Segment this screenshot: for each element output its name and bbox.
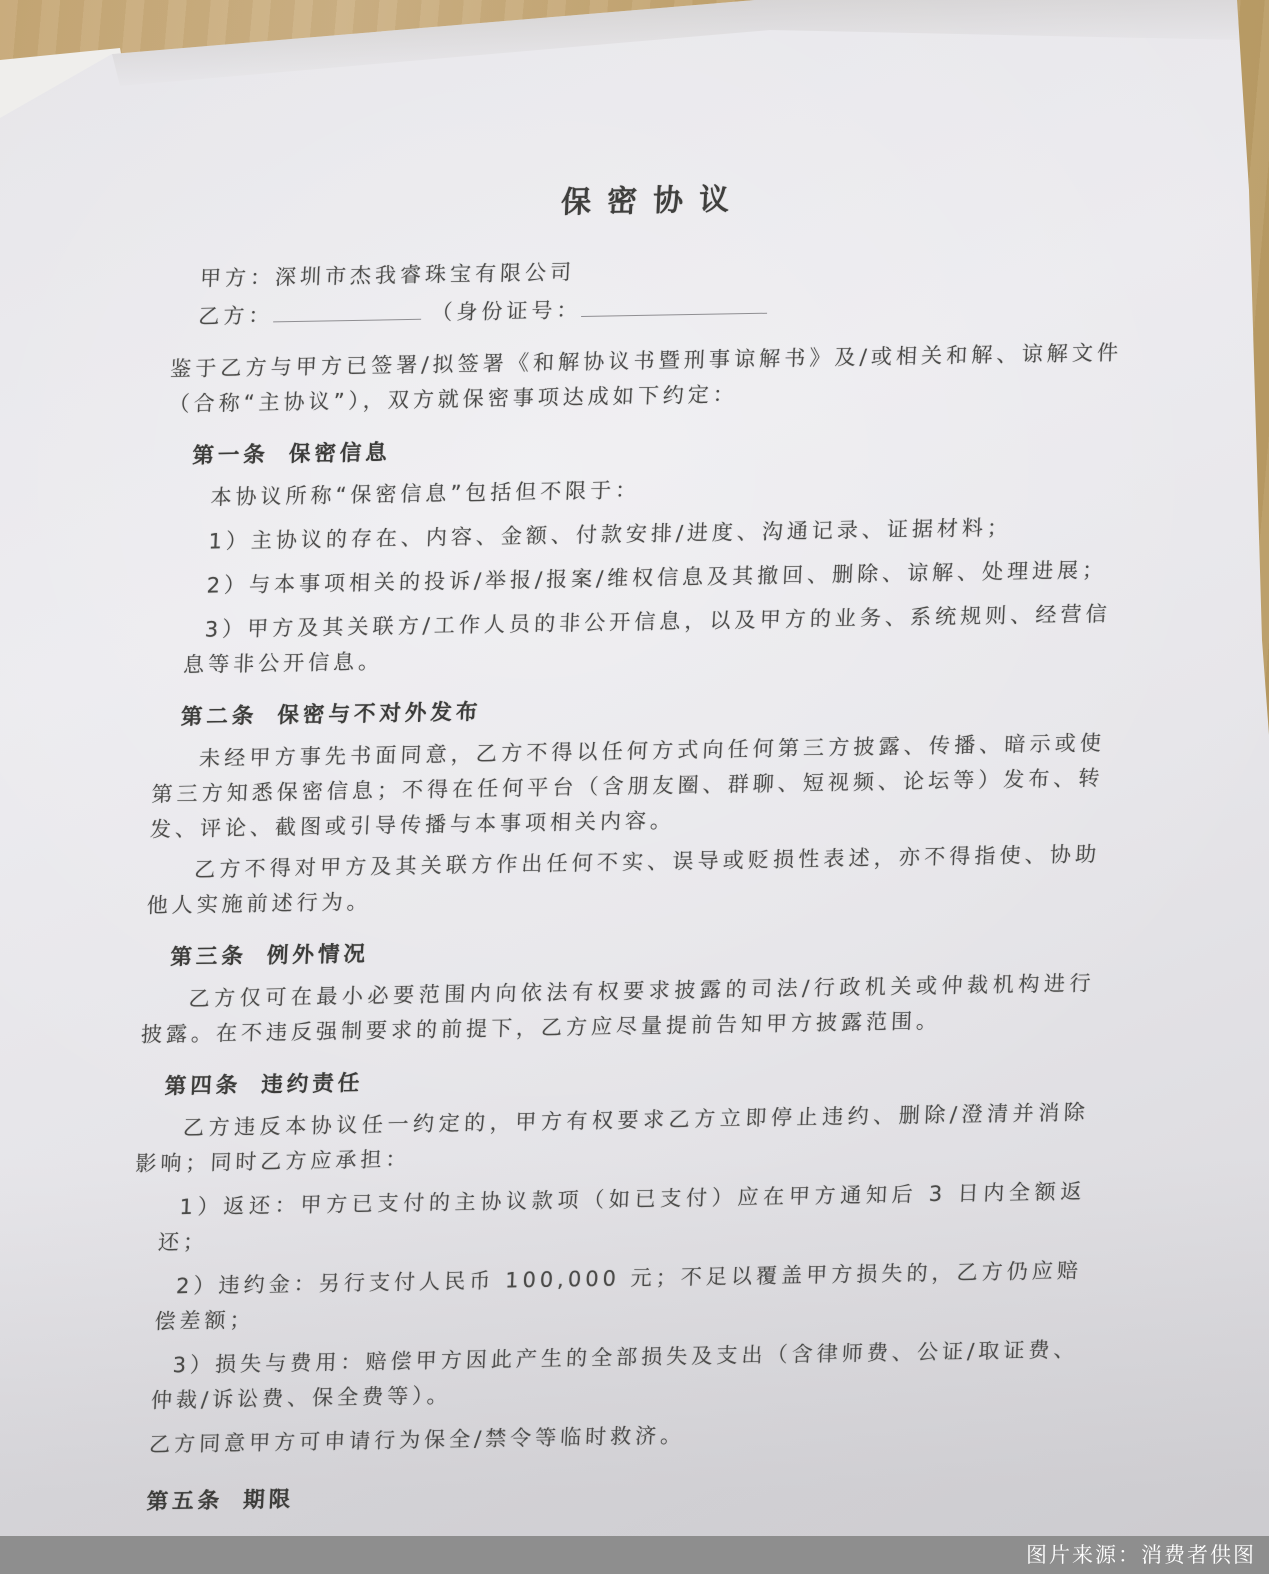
party-b-id-blank bbox=[581, 291, 768, 317]
party-b-label: 乙方： bbox=[198, 303, 274, 328]
section-4-paragraph-1: 乙方违反本协议任一约定的，甲方有权要求乙方立即停止违约、删除/澄清并消除影响；同… bbox=[135, 1095, 1090, 1182]
section-3-number: 第三条 bbox=[170, 944, 248, 970]
party-b-name-blank bbox=[273, 297, 422, 323]
section-4-item-1: 1）返还：甲方已支付的主协议款项（如已支付）应在甲方通知后 3 日内全额返还； bbox=[157, 1174, 1086, 1260]
section-2-paragraph-1: 未经甲方事先书面同意，乙方不得以任何方式向任何第三方披露、传播、暗示或使第三方知… bbox=[149, 726, 1105, 848]
party-a-value: 深圳市杰我睿珠宝有限公司 bbox=[275, 260, 576, 289]
section-3-paragraph-1: 乙方仅可在最小必要范围内向依法有权要求披露的司法/行政机关或仲裁机构进行披露。在… bbox=[140, 966, 1095, 1053]
image-source-caption-bar: 图片来源：消费者供图 bbox=[0, 1536, 1269, 1574]
section-1-lead: 本协议所称“保密信息”包括但不限于： bbox=[190, 465, 1117, 516]
section-1-item-1: 1）主协议的存在、内容、金额、付款安排/进度、沟通记录、证据材料； bbox=[188, 509, 1115, 560]
section-1-title: 保密信息 bbox=[288, 440, 391, 467]
section-2-paragraph-2: 乙方不得对甲方及其关联方作出任何不实、误导或贬损性表述，亦不得指使、协助他人实施… bbox=[146, 837, 1101, 924]
agreement-document: 保密协议 甲方：深圳市杰我睿珠宝有限公司 乙方：（身份证号： 鉴于乙方与甲方已签… bbox=[120, 173, 1130, 1527]
section-4-item-3: 3）损失与费用：赔偿甲方因此产生的全部损失及支出（含律师费、公证/取证费、仲裁/… bbox=[150, 1332, 1079, 1418]
section-5-heading: 第五条期限 bbox=[146, 1469, 1073, 1520]
section-2-title: 保密与不对外发布 bbox=[277, 700, 482, 729]
section-4-closing: 乙方同意甲方可申请行为保全/禁令等临时救济。 bbox=[122, 1412, 1075, 1464]
section-4-title: 违约责任 bbox=[261, 1071, 364, 1098]
party-a-label: 甲方： bbox=[200, 265, 276, 290]
section-1-number: 第一条 bbox=[192, 442, 270, 468]
image-source-caption: 图片来源：消费者供图 bbox=[1026, 1536, 1256, 1574]
section-4-number: 第四条 bbox=[164, 1073, 242, 1099]
party-b-id-label: （身份证号： bbox=[431, 298, 582, 325]
section-4-item-2: 2）违约金：另行支付人民币 100,000 元；不足以覆盖甲方损失的，乙方仍应赔… bbox=[154, 1253, 1083, 1339]
section-1-item-3: 3）甲方及其关联方/工作人员的非公开信息，以及甲方的业务、系统规则、经营信息等非… bbox=[182, 597, 1111, 683]
section-3-title: 例外情况 bbox=[266, 942, 369, 969]
section-2-number: 第二条 bbox=[180, 704, 258, 730]
preamble-paragraph: 鉴于乙方与甲方已签署/拟签署《和解协议书暨刑事谅解书》及/或相关和解、谅解文件（… bbox=[168, 336, 1123, 423]
section-1-item-2: 2）与本事项相关的投诉/举报/报案/维权信息及其撤回、删除、谅解、处理进展； bbox=[186, 553, 1113, 604]
section-5-number: 第五条 bbox=[146, 1488, 224, 1514]
section-5-title: 期限 bbox=[243, 1487, 295, 1513]
